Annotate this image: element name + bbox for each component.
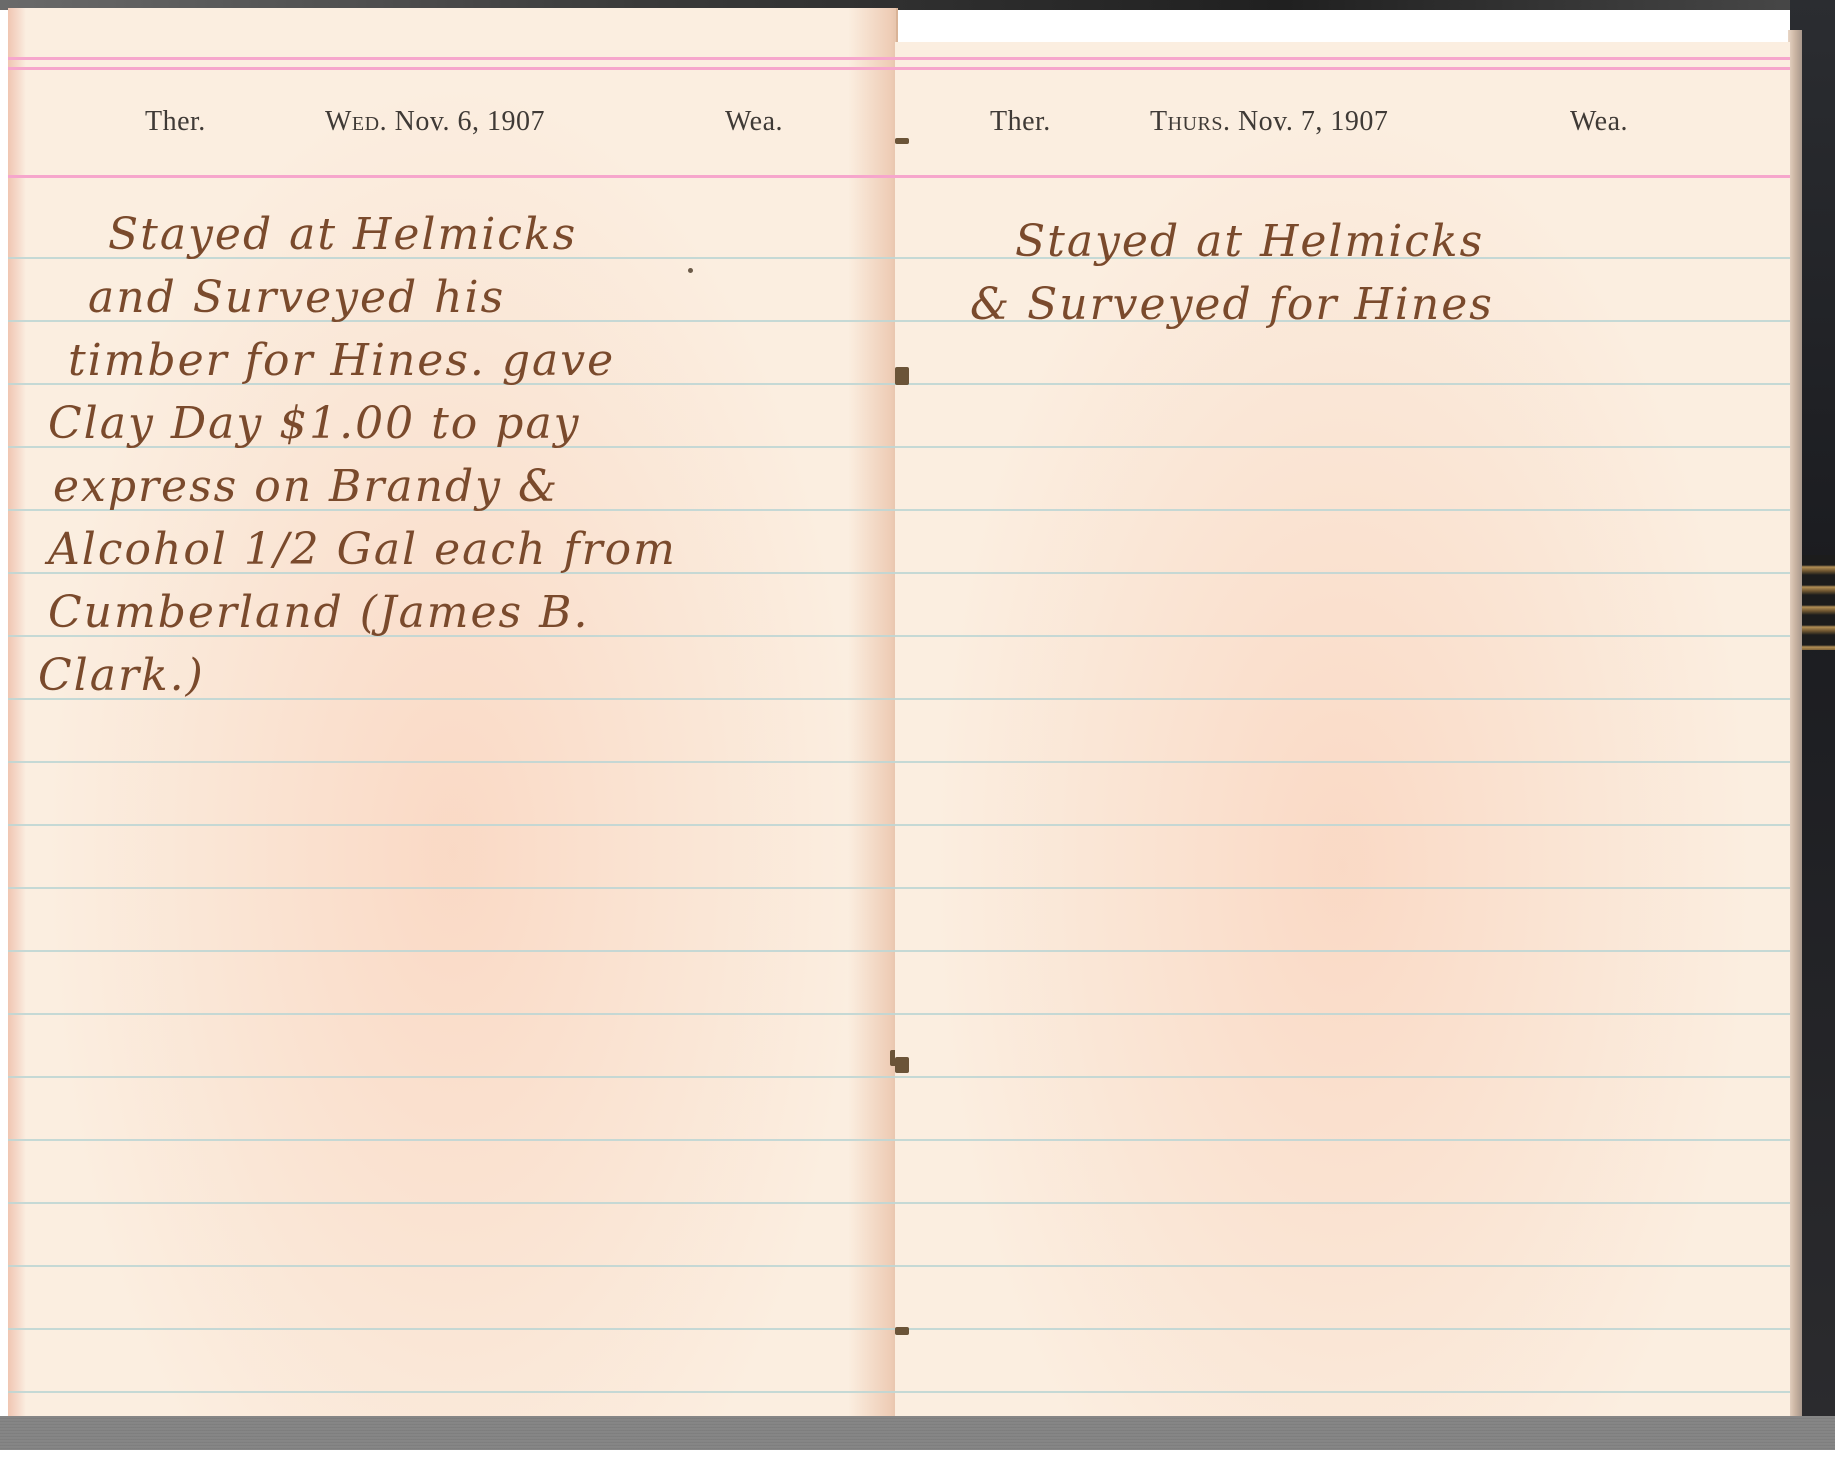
ruled-line <box>8 1139 898 1141</box>
wea-label: Wea. <box>725 106 783 138</box>
entry-line: and Surveyed his <box>88 266 505 329</box>
pink-rule-top-2 <box>8 67 898 70</box>
ruled-line <box>895 761 1790 763</box>
binding-staple <box>895 138 909 144</box>
ruled-line <box>8 824 898 826</box>
ruled-line <box>895 1391 1790 1393</box>
binding-staple <box>895 1327 909 1335</box>
pink-rule-top-1 <box>895 57 1790 60</box>
binding-staple <box>895 367 909 385</box>
pink-rule-header <box>895 175 1790 178</box>
ruled-line <box>8 1265 898 1267</box>
ruled-line <box>8 761 898 763</box>
diary-page-left: Ther. Wed. Nov. 6, 1907 Wea. Stayed at H… <box>8 8 898 1416</box>
pink-rule-top-2 <box>895 67 1790 70</box>
ruled-line <box>895 824 1790 826</box>
binding-staple <box>895 1057 909 1073</box>
entry-line: Clark.) <box>38 644 205 707</box>
entry-line: & Surveyed for Hines <box>970 273 1494 336</box>
scan-bottom-edge <box>0 1416 1835 1450</box>
scan-margin <box>0 1450 1835 1466</box>
date-text: Nov. 6, 1907 <box>395 106 545 137</box>
ther-label: Ther. <box>990 106 1051 138</box>
date-text: Nov. 7, 1907 <box>1238 106 1388 137</box>
ruled-line <box>895 1202 1790 1204</box>
date-heading: Wed. Nov. 6, 1907 <box>325 106 545 138</box>
page-edge <box>8 8 26 1416</box>
ruled-line <box>895 1265 1790 1267</box>
ruled-line <box>895 635 1790 637</box>
ruled-line <box>895 1139 1790 1141</box>
entry-line: Alcohol 1/2 Gal each from <box>48 518 677 581</box>
entry-line: express on Brandy & <box>53 455 559 518</box>
entry-line: timber for Hines. gave <box>68 329 615 392</box>
ruled-line <box>895 887 1790 889</box>
date-heading: Thurs. Nov. 7, 1907 <box>1150 106 1388 138</box>
ruled-line <box>8 1076 898 1078</box>
ruled-line <box>8 1328 898 1330</box>
ruled-line <box>8 950 898 952</box>
diary-page-right: Ther. Thurs. Nov. 7, 1907 Wea. Stayed at… <box>895 42 1790 1416</box>
ruled-line <box>8 1202 898 1204</box>
entry-line: Stayed at Helmicks <box>1015 210 1484 273</box>
gutter-shadow <box>848 8 898 1416</box>
ruled-line <box>895 446 1790 448</box>
ruled-line <box>895 1076 1790 1078</box>
date-weekday: Wed. <box>325 106 387 137</box>
page-stack-edge <box>1788 30 1802 1420</box>
ruled-line <box>895 1013 1790 1015</box>
pink-rule-header <box>8 175 898 178</box>
entry-line: Clay Day $1.00 to pay <box>48 392 581 455</box>
entry-line: Stayed at Helmicks <box>108 203 577 266</box>
ruled-line <box>895 383 1790 385</box>
date-weekday: Thurs. <box>1150 106 1230 137</box>
ther-label: Ther. <box>145 106 206 138</box>
wea-label: Wea. <box>1570 106 1628 138</box>
ruled-line <box>895 950 1790 952</box>
ink-speck <box>688 268 693 273</box>
ruled-line <box>8 887 898 889</box>
ruled-line <box>8 1391 898 1393</box>
ruled-line <box>8 1013 898 1015</box>
ruled-line <box>895 572 1790 574</box>
ruled-line <box>895 509 1790 511</box>
ruled-line <box>895 698 1790 700</box>
pink-rule-top-1 <box>8 57 898 60</box>
entry-line: Cumberland (James B. <box>48 581 589 644</box>
ruled-line <box>895 1328 1790 1330</box>
